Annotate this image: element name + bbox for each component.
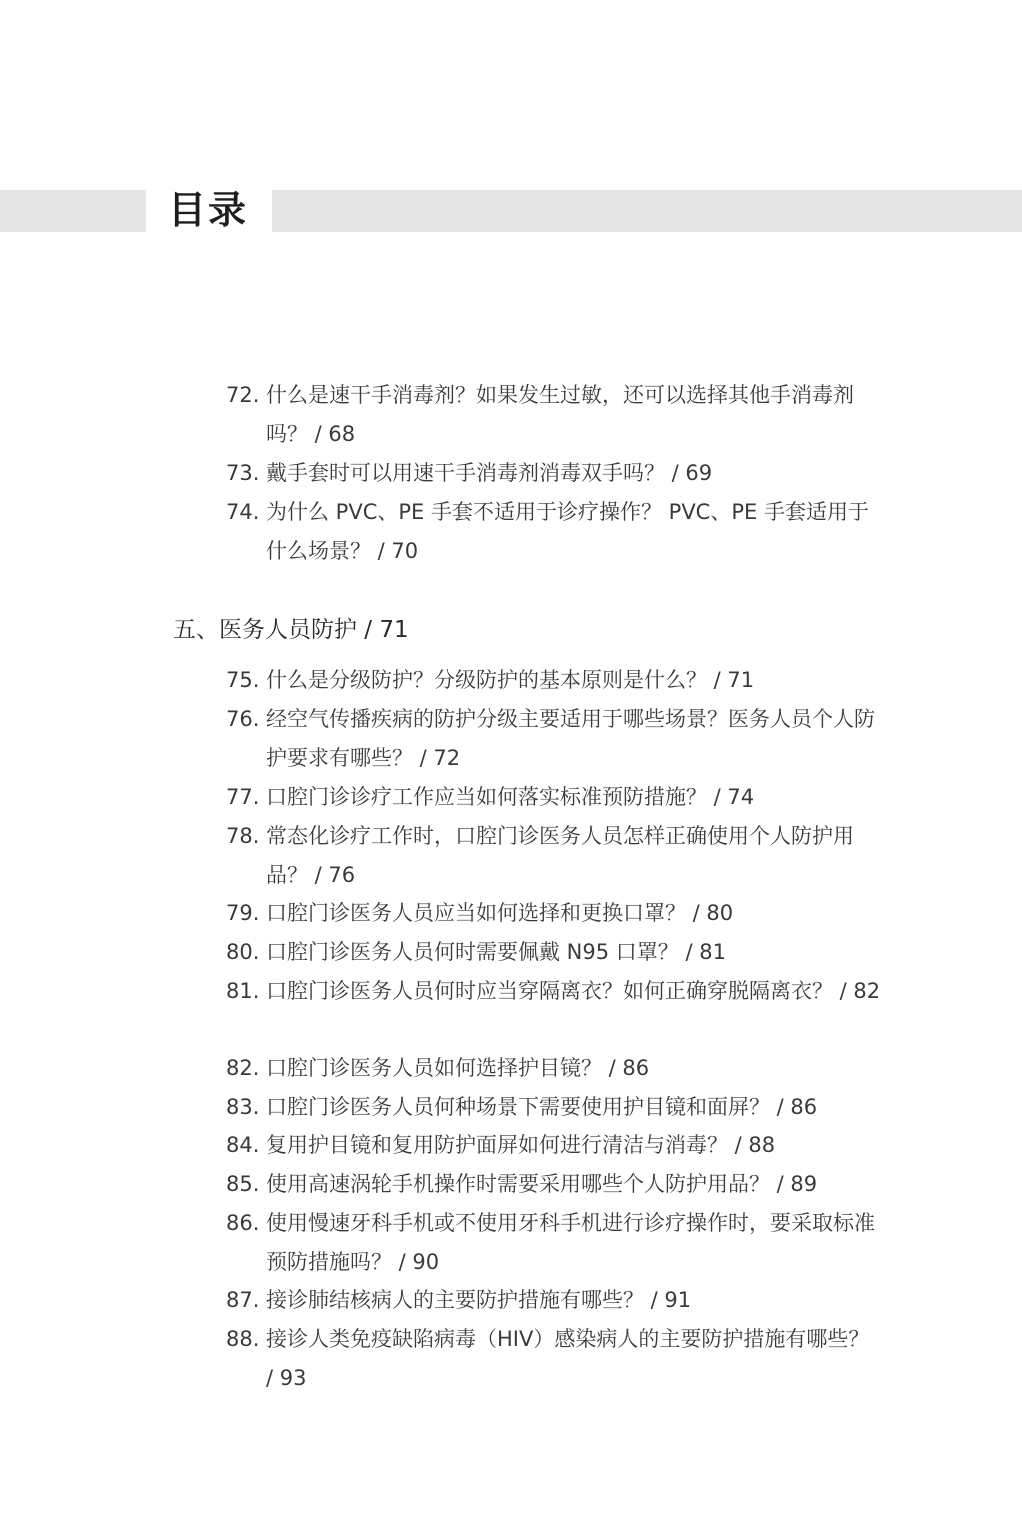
entry-page: / 86 [770, 1095, 817, 1119]
entry-title: 口腔门诊医务人员何时需要佩戴 N95 口罩？ [266, 940, 679, 964]
toc-entry-83[interactable]: 83. 口腔门诊医务人员何种场景下需要使用护目镜和面屏？ / 86 [226, 1088, 886, 1127]
entry-title: 接诊人类免疫缺陷病毒（HIV）感染病人的主要防护措施有哪些？ [266, 1327, 869, 1351]
toc-entry-76[interactable]: 76. 经空气传播疾病的防护分级主要适用于哪些场景？医务人员个人防护要求有哪些？… [226, 700, 886, 778]
entry-title: 口腔门诊医务人员何时应当穿隔离衣？如何正确穿脱隔离衣？ [266, 979, 833, 1003]
toc-entry-81[interactable]: 81. 口腔门诊医务人员何时应当穿隔离衣？如何正确穿脱隔离衣？ / 82 [226, 972, 886, 1011]
entry-number: 88. [226, 1320, 259, 1359]
entry-number: 82. [226, 1049, 259, 1088]
entry-page: / 68 [308, 422, 355, 446]
entry-number: 74. [226, 493, 259, 532]
section-page: / 71 [357, 617, 409, 643]
page-title: 目录 [168, 184, 248, 236]
entry-page: / 74 [707, 785, 754, 809]
entry-number: 73. [226, 454, 259, 493]
section-heading[interactable]: 五、医务人员防护 / 71 [173, 610, 409, 650]
toc-entry-73[interactable]: 73. 戴手套时可以用速干手消毒剂消毒双手吗？ / 69 [226, 454, 886, 493]
toc-entry-85[interactable]: 85. 使用高速涡轮手机操作时需要采用哪些个人防护用品？ / 89 [226, 1165, 886, 1204]
entry-title: 戴手套时可以用速干手消毒剂消毒双手吗？ [266, 461, 665, 485]
entry-page: / 82 [833, 979, 880, 1003]
entry-title: 使用高速涡轮手机操作时需要采用哪些个人防护用品？ [266, 1172, 770, 1196]
entry-title: 复用护目镜和复用防护面屏如何进行清洁与消毒？ [266, 1133, 728, 1157]
entry-page: / 86 [602, 1056, 649, 1080]
entry-number: 79. [226, 894, 259, 933]
entry-number: 75. [226, 661, 259, 700]
entry-page: / 76 [308, 863, 355, 887]
entry-number: 72. [226, 376, 259, 415]
toc-entry-84[interactable]: 84. 复用护目镜和复用防护面屏如何进行清洁与消毒？ / 88 [226, 1126, 886, 1165]
entry-number: 85. [226, 1165, 259, 1204]
entry-number: 86. [226, 1204, 259, 1243]
entry-page: / 72 [413, 746, 460, 770]
entry-page: / 90 [392, 1250, 439, 1274]
entry-title: 为什么 PVC、PE 手套不适用于诊疗操作？ PVC、PE 手套适用于什么场景？ [266, 500, 869, 563]
toc-entry-87[interactable]: 87. 接诊肺结核病人的主要防护措施有哪些？ / 91 [226, 1281, 886, 1320]
header-band-left [0, 190, 146, 232]
entry-page: / 81 [679, 940, 726, 964]
entry-page: / 70 [371, 539, 418, 563]
entry-title: 什么是分级防护？分级防护的基本原则是什么？ [266, 668, 707, 692]
header-band-right [272, 190, 1022, 232]
toc-entry-77[interactable]: 77. 口腔门诊诊疗工作应当如何落实标准预防措施？ / 74 [226, 778, 886, 817]
toc-entry-78[interactable]: 78. 常态化诊疗工作时，口腔门诊医务人员怎样正确使用个人防护用品？ / 76 [226, 817, 886, 895]
toc-entry-74[interactable]: 74. 为什么 PVC、PE 手套不适用于诊疗操作？ PVC、PE 手套适用于什… [226, 493, 886, 571]
toc-entry-86[interactable]: 86. 使用慢速牙科手机或不使用牙科手机进行诊疗操作时，要采取标准预防措施吗？ … [226, 1204, 886, 1282]
entry-title: 经空气传播疾病的防护分级主要适用于哪些场景？医务人员个人防护要求有哪些？ [266, 707, 875, 770]
toc-entry-72[interactable]: 72. 什么是速干手消毒剂？如果发生过敏，还可以选择其他手消毒剂吗？ / 68 [226, 376, 886, 454]
toc-entry-82[interactable]: 82. 口腔门诊医务人员如何选择护目镜？ / 86 [226, 1049, 886, 1088]
entry-title: 口腔门诊诊疗工作应当如何落实标准预防措施？ [266, 785, 707, 809]
entry-title: 口腔门诊医务人员何种场景下需要使用护目镜和面屏？ [266, 1095, 770, 1119]
entry-number: 81. [226, 972, 259, 1011]
entry-page: / 89 [770, 1172, 817, 1196]
toc-entry-75[interactable]: 75. 什么是分级防护？分级防护的基本原则是什么？ / 71 [226, 661, 886, 700]
entry-number: 78. [226, 817, 259, 856]
toc-entry-79[interactable]: 79. 口腔门诊医务人员应当如何选择和更换口罩？ / 80 [226, 894, 886, 933]
entry-number: 76. [226, 700, 259, 739]
toc-entry-88[interactable]: 88. 接诊人类免疫缺陷病毒（HIV）感染病人的主要防护措施有哪些？ / 93 [226, 1320, 886, 1398]
entry-page: / 71 [707, 668, 754, 692]
entry-page: / 69 [665, 461, 712, 485]
entry-number: 84. [226, 1126, 259, 1165]
entry-number: 87. [226, 1281, 259, 1320]
entry-title: 口腔门诊医务人员应当如何选择和更换口罩？ [266, 901, 686, 925]
section-title: 五、医务人员防护 [173, 617, 357, 643]
entry-title: 接诊肺结核病人的主要防护措施有哪些？ [266, 1288, 644, 1312]
entry-title: 使用慢速牙科手机或不使用牙科手机进行诊疗操作时，要采取标准预防措施吗？ [266, 1211, 875, 1274]
entry-number: 83. [226, 1088, 259, 1127]
entry-number: 77. [226, 778, 259, 817]
entry-page: / 88 [728, 1133, 775, 1157]
entry-number: 80. [226, 933, 259, 972]
toc-entry-80[interactable]: 80. 口腔门诊医务人员何时需要佩戴 N95 口罩？ / 81 [226, 933, 886, 972]
entry-title: 口腔门诊医务人员如何选择护目镜？ [266, 1056, 602, 1080]
entry-page: / 93 [266, 1366, 306, 1390]
entry-page: / 91 [644, 1288, 691, 1312]
header-band [0, 190, 1022, 232]
entry-page: / 80 [686, 901, 733, 925]
